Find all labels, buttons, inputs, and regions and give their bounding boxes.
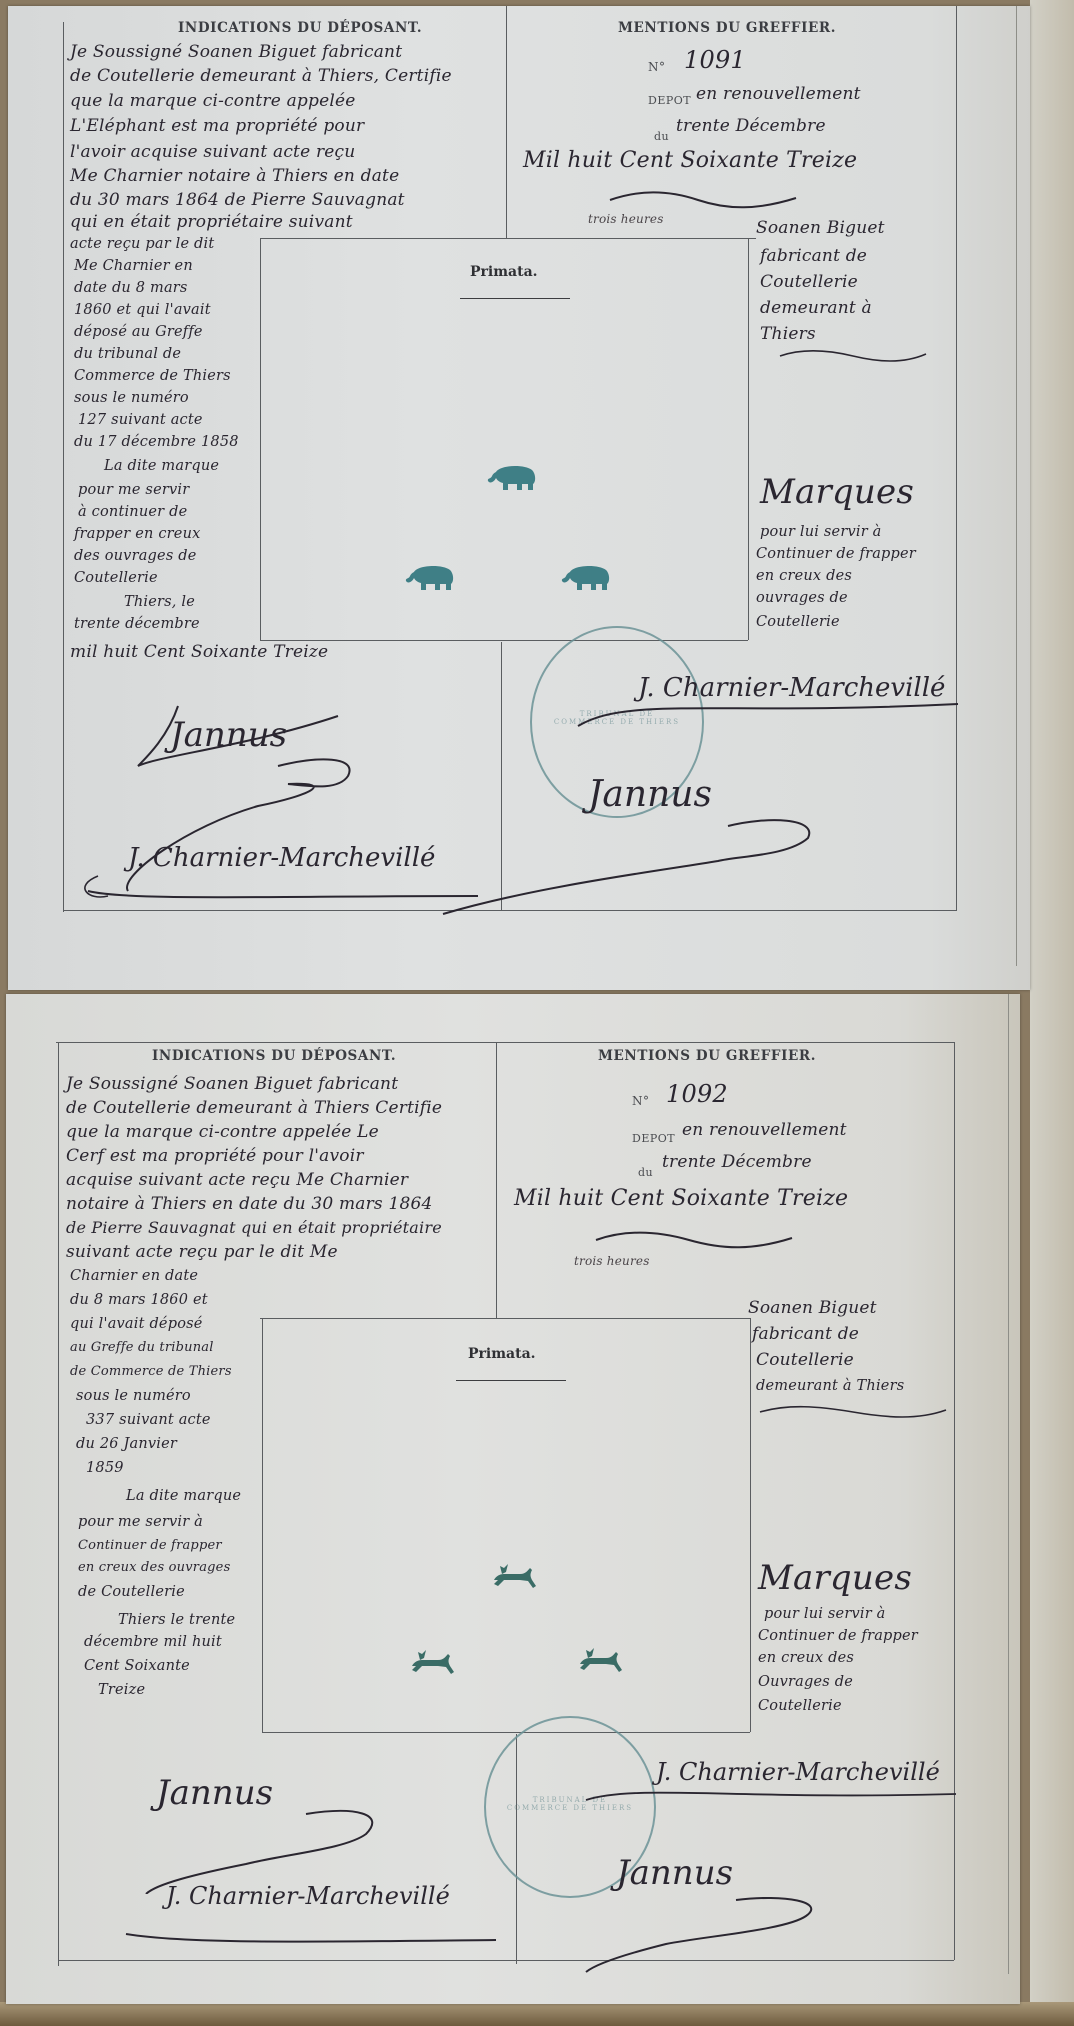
clerk-signature-charnier: J. Charnier-Marchevillé <box>568 656 968 746</box>
svg-text:Jannus: Jannus <box>581 774 712 815</box>
clerk-header: MENTIONS DU GREFFIER. <box>598 1048 816 1064</box>
leaping-deer-stamp-icon <box>576 1646 624 1676</box>
clerk-mark-use-line: pour lui servir à <box>764 1606 885 1622</box>
book-binding-shadow <box>0 2002 1074 2026</box>
clerk-owner-line: fabricant de <box>752 1324 859 1344</box>
clerk-owner-line: Soanen Biguet <box>748 1298 877 1318</box>
handwritten-line: des ouvrages de <box>74 548 197 564</box>
handwritten-line: notaire à Thiers en date du 30 mars 1864 <box>66 1194 433 1214</box>
handwritten-line: Me Charnier notaire à Thiers en date <box>70 166 399 186</box>
flourish-line <box>758 1402 948 1422</box>
handwritten-line: du 26 Janvier <box>76 1436 177 1452</box>
depositor-closing: mil huit Cent Soixante Treize <box>70 642 328 662</box>
flourish-line <box>594 1228 794 1252</box>
column-divider <box>506 6 507 238</box>
handwritten-line: 337 suivant acte <box>86 1412 211 1428</box>
handwritten-line: au Greffe du tribunal <box>70 1340 214 1355</box>
deposit-form-1092: INDICATIONS DU DÉPOSANT. MENTIONS DU GRE… <box>6 994 1020 2004</box>
clerk-mark-title: Marques <box>758 1558 912 1598</box>
deposit-form-1091: INDICATIONS DU DÉPOSANT. MENTIONS DU GRE… <box>8 6 1030 990</box>
handwritten-line: que la marque ci-contre appelée Le <box>66 1122 379 1142</box>
mark-title-underline <box>460 298 570 299</box>
date-line: trente Décembre <box>676 116 826 136</box>
handwritten-line: sous le numéro <box>74 390 189 406</box>
clerk-mark-use-line: ouvrages de <box>756 590 848 606</box>
handwritten-line: qui l'avait déposé <box>70 1316 203 1332</box>
svg-text:J. Charnier-Marchevillé: J. Charnier-Marchevillé <box>651 1758 940 1786</box>
leaping-deer-stamp-icon <box>490 1562 538 1592</box>
handwritten-line: Je Soussigné Soanen Biguet fabricant <box>66 1074 398 1094</box>
handwritten-line: trente décembre <box>74 616 200 632</box>
du-label: du <box>638 1166 653 1179</box>
time-note: trois heures <box>574 1254 650 1268</box>
handwritten-line: pour me servir à <box>78 1514 203 1530</box>
book-edge <box>1030 0 1074 2026</box>
depositor-header: INDICATIONS DU DÉPOSANT. <box>178 20 422 36</box>
column-divider <box>496 1042 497 1318</box>
mark-box-left <box>260 238 261 640</box>
handwritten-line: du 8 mars 1860 et <box>70 1292 208 1308</box>
number-label: N° <box>632 1094 650 1108</box>
margin-rule <box>1016 6 1017 966</box>
handwritten-line: en creux des ouvrages <box>78 1560 230 1575</box>
depositor-signature-charnier: J. Charnier-Marchevillé <box>106 1864 506 1954</box>
handwritten-line: pour me servir <box>78 482 189 498</box>
handwritten-line: La dite marque <box>104 458 219 474</box>
handwritten-line: à continuer de <box>78 504 187 520</box>
handwritten-line: décembre mil huit <box>84 1634 222 1650</box>
form-left-border <box>58 1042 59 1966</box>
clerk-mark-use-line: Coutellerie <box>758 1698 842 1714</box>
handwritten-line: qui en était propriétaire suivant <box>70 212 353 232</box>
year-line: Mil huit Cent Soixante Treize <box>514 1186 848 1211</box>
mark-box-left <box>262 1318 263 1732</box>
clerk-owner-line: Coutellerie <box>756 1350 854 1370</box>
handwritten-line: 1860 et qui l'avait <box>74 302 211 318</box>
clerk-mark-use-line: en creux des <box>756 568 852 584</box>
mark-box-bottom <box>260 640 748 641</box>
mark-box-bottom <box>262 1732 750 1733</box>
handwritten-line: du 30 mars 1864 de Pierre Sauvagnat <box>70 190 405 210</box>
clerk-mark-use-line: Continuer de frapper <box>758 1628 918 1644</box>
svg-text:Jannus: Jannus <box>610 1853 733 1893</box>
handwritten-line: déposé au Greffe <box>74 324 203 340</box>
handwritten-line: frapper en creux <box>74 526 201 542</box>
clerk-mark-use-line: Ouvrages de <box>758 1674 853 1690</box>
margin-rule <box>1008 994 1009 1974</box>
handwritten-line: La dite marque <box>126 1488 241 1504</box>
leaping-deer-stamp-icon <box>408 1648 456 1678</box>
registration-number: 1091 <box>684 46 746 74</box>
depositor-signature-charnier: J. Charnier-Marchevillé <box>68 806 488 906</box>
flourish-line <box>778 346 928 366</box>
mark-title-underline <box>456 1380 566 1381</box>
clerk-mark-title: Marques <box>760 472 914 512</box>
handwritten-line: suivant acte reçu par le dit Me <box>66 1242 338 1262</box>
clerk-signature-soanen: Jannus <box>566 1844 966 1974</box>
depot-label: DEPOT <box>632 1132 675 1145</box>
handwritten-line: de Coutellerie demeurant à Thiers, Certi… <box>70 66 452 86</box>
clerk-owner-line: Coutellerie <box>760 272 858 292</box>
depot-label: DEPOT <box>648 94 691 107</box>
handwritten-line: Treize <box>98 1682 145 1698</box>
clerk-owner-line: demeurant à <box>760 298 872 318</box>
svg-text:J. Charnier-Marchevillé: J. Charnier-Marchevillé <box>123 843 435 873</box>
form-left-border <box>63 22 64 912</box>
mark-box-top <box>260 238 756 239</box>
handwritten-line: Coutellerie <box>74 570 158 586</box>
handwritten-line: que la marque ci-contre appelée <box>70 91 356 111</box>
depot-text: en renouvellement <box>696 84 861 104</box>
handwritten-line: Cerf est ma propriété pour l'avoir <box>66 1146 364 1166</box>
clerk-owner-line: fabricant de <box>760 246 867 266</box>
handwritten-line: de Coutellerie demeurant à Thiers Certif… <box>66 1098 442 1118</box>
registration-number: 1092 <box>666 1080 728 1108</box>
handwritten-line: Charnier en date <box>70 1268 198 1284</box>
form-top-border <box>56 1042 954 1043</box>
clerk-owner-line: Thiers <box>760 324 816 344</box>
clerk-owner-line: demeurant à Thiers <box>756 1378 904 1394</box>
handwritten-line: de Pierre Sauvagnat qui en était proprié… <box>66 1218 442 1237</box>
flourish-line <box>608 188 798 212</box>
clerk-signature-soanen: Jannus <box>438 746 978 916</box>
clerk-mark-use-line: Coutellerie <box>756 614 840 630</box>
svg-text:J. Charnier-Marchevillé: J. Charnier-Marchevillé <box>633 673 945 703</box>
handwritten-line: Me Charnier en <box>74 258 193 274</box>
svg-text:J. Charnier-Marchevillé: J. Charnier-Marchevillé <box>161 1882 450 1910</box>
handwritten-line: Je Soussigné Soanen Biguet fabricant <box>70 42 402 62</box>
handwritten-line: 1859 <box>86 1460 124 1476</box>
handwritten-line: de Coutellerie <box>78 1584 185 1600</box>
handwritten-line: date du 8 mars <box>74 280 188 296</box>
handwritten-line: Cent Soixante <box>84 1658 190 1674</box>
handwritten-line: du 17 décembre 1858 <box>74 434 239 450</box>
handwritten-line: L'Eléphant est ma propriété pour <box>70 116 364 136</box>
depositor-header: INDICATIONS DU DÉPOSANT. <box>152 1048 396 1064</box>
clerk-signature-charnier: J. Charnier-Marchevillé <box>576 1744 966 1824</box>
handwritten-line: acte reçu par le dit <box>70 236 214 252</box>
depot-text: en renouvellement <box>682 1120 847 1140</box>
mark-box-top <box>260 1318 750 1319</box>
handwritten-line: l'avoir acquise suivant acte reçu <box>70 142 355 162</box>
handwritten-line: du tribunal de <box>74 346 181 362</box>
mark-box-right <box>748 238 749 640</box>
mark-box-title: Primata. <box>468 1346 536 1362</box>
handwritten-line: Thiers le trente <box>118 1612 235 1628</box>
time-note: trois heures <box>588 212 664 226</box>
clerk-mark-use-line: pour lui servir à <box>760 524 881 540</box>
handwritten-line: Commerce de Thiers <box>74 368 231 384</box>
handwritten-line: Thiers, le <box>124 594 195 610</box>
handwritten-line: 127 suivant acte <box>78 412 203 428</box>
du-label: du <box>654 130 669 143</box>
clerk-mark-use-line: Continuer de frapper <box>756 546 916 562</box>
clerk-owner-line: Soanen Biguet <box>756 218 885 238</box>
register-page-1091: INDICATIONS DU DÉPOSANT. MENTIONS DU GRE… <box>8 6 1030 990</box>
mark-box-right <box>750 1318 751 1732</box>
clerk-header: MENTIONS DU GREFFIER. <box>618 20 836 36</box>
year-line: Mil huit Cent Soixante Treize <box>523 148 857 173</box>
number-label: N° <box>648 60 666 74</box>
svg-text:Jannus: Jannus <box>150 1773 273 1813</box>
svg-text:Jannus: Jannus <box>164 715 287 755</box>
register-page-1092: INDICATIONS DU DÉPOSANT. MENTIONS DU GRE… <box>6 994 1020 2004</box>
mark-box-title: Primata. <box>470 264 538 280</box>
elephant-stamp-icon <box>404 562 456 592</box>
handwritten-line: Continuer de frapper <box>78 1538 222 1553</box>
elephant-stamp-icon <box>486 462 538 492</box>
clerk-mark-use-line: en creux des <box>758 1650 854 1666</box>
handwritten-line: sous le numéro <box>76 1388 191 1404</box>
handwritten-line: acquise suivant acte reçu Me Charnier <box>66 1170 408 1190</box>
date-line: trente Décembre <box>662 1152 812 1172</box>
handwritten-line: de Commerce de Thiers <box>70 1364 232 1379</box>
elephant-stamp-icon <box>560 562 612 592</box>
